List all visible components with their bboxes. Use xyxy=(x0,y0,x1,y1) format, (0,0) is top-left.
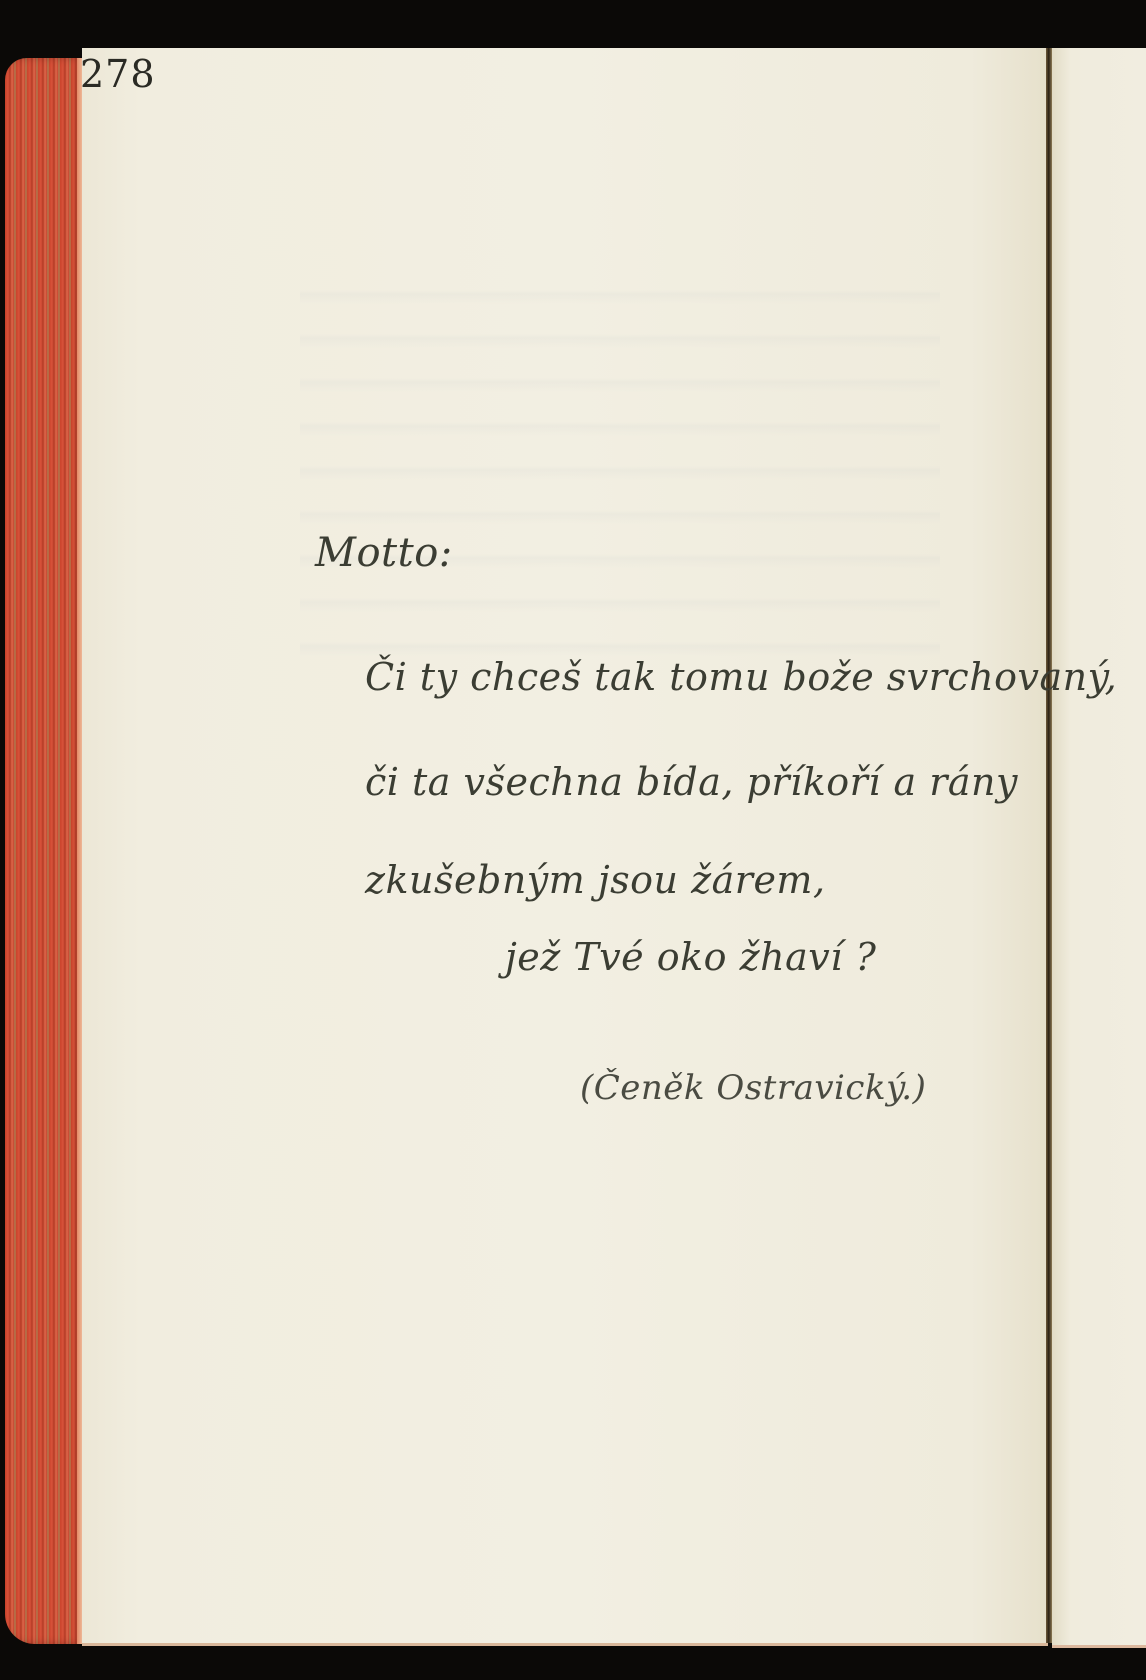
motto-heading: Motto: xyxy=(315,530,453,576)
poem-line-1: Či ty chceš tak tomu bože svrchovaný, xyxy=(365,655,1117,699)
book-page-edges xyxy=(5,58,85,1644)
poem-line-4: jež Tvé oko žhaví ? xyxy=(505,935,876,979)
right-page-edge xyxy=(1052,48,1146,1648)
attribution: (Čeněk Ostravický.) xyxy=(580,1068,926,1108)
page-number: 278 xyxy=(80,52,156,96)
show-through-text xyxy=(300,260,940,680)
poem-line-3: zkušebným jsou žárem, xyxy=(365,858,826,902)
poem-line-2: či ta všechna bída, příkoří a rány xyxy=(365,760,1018,804)
